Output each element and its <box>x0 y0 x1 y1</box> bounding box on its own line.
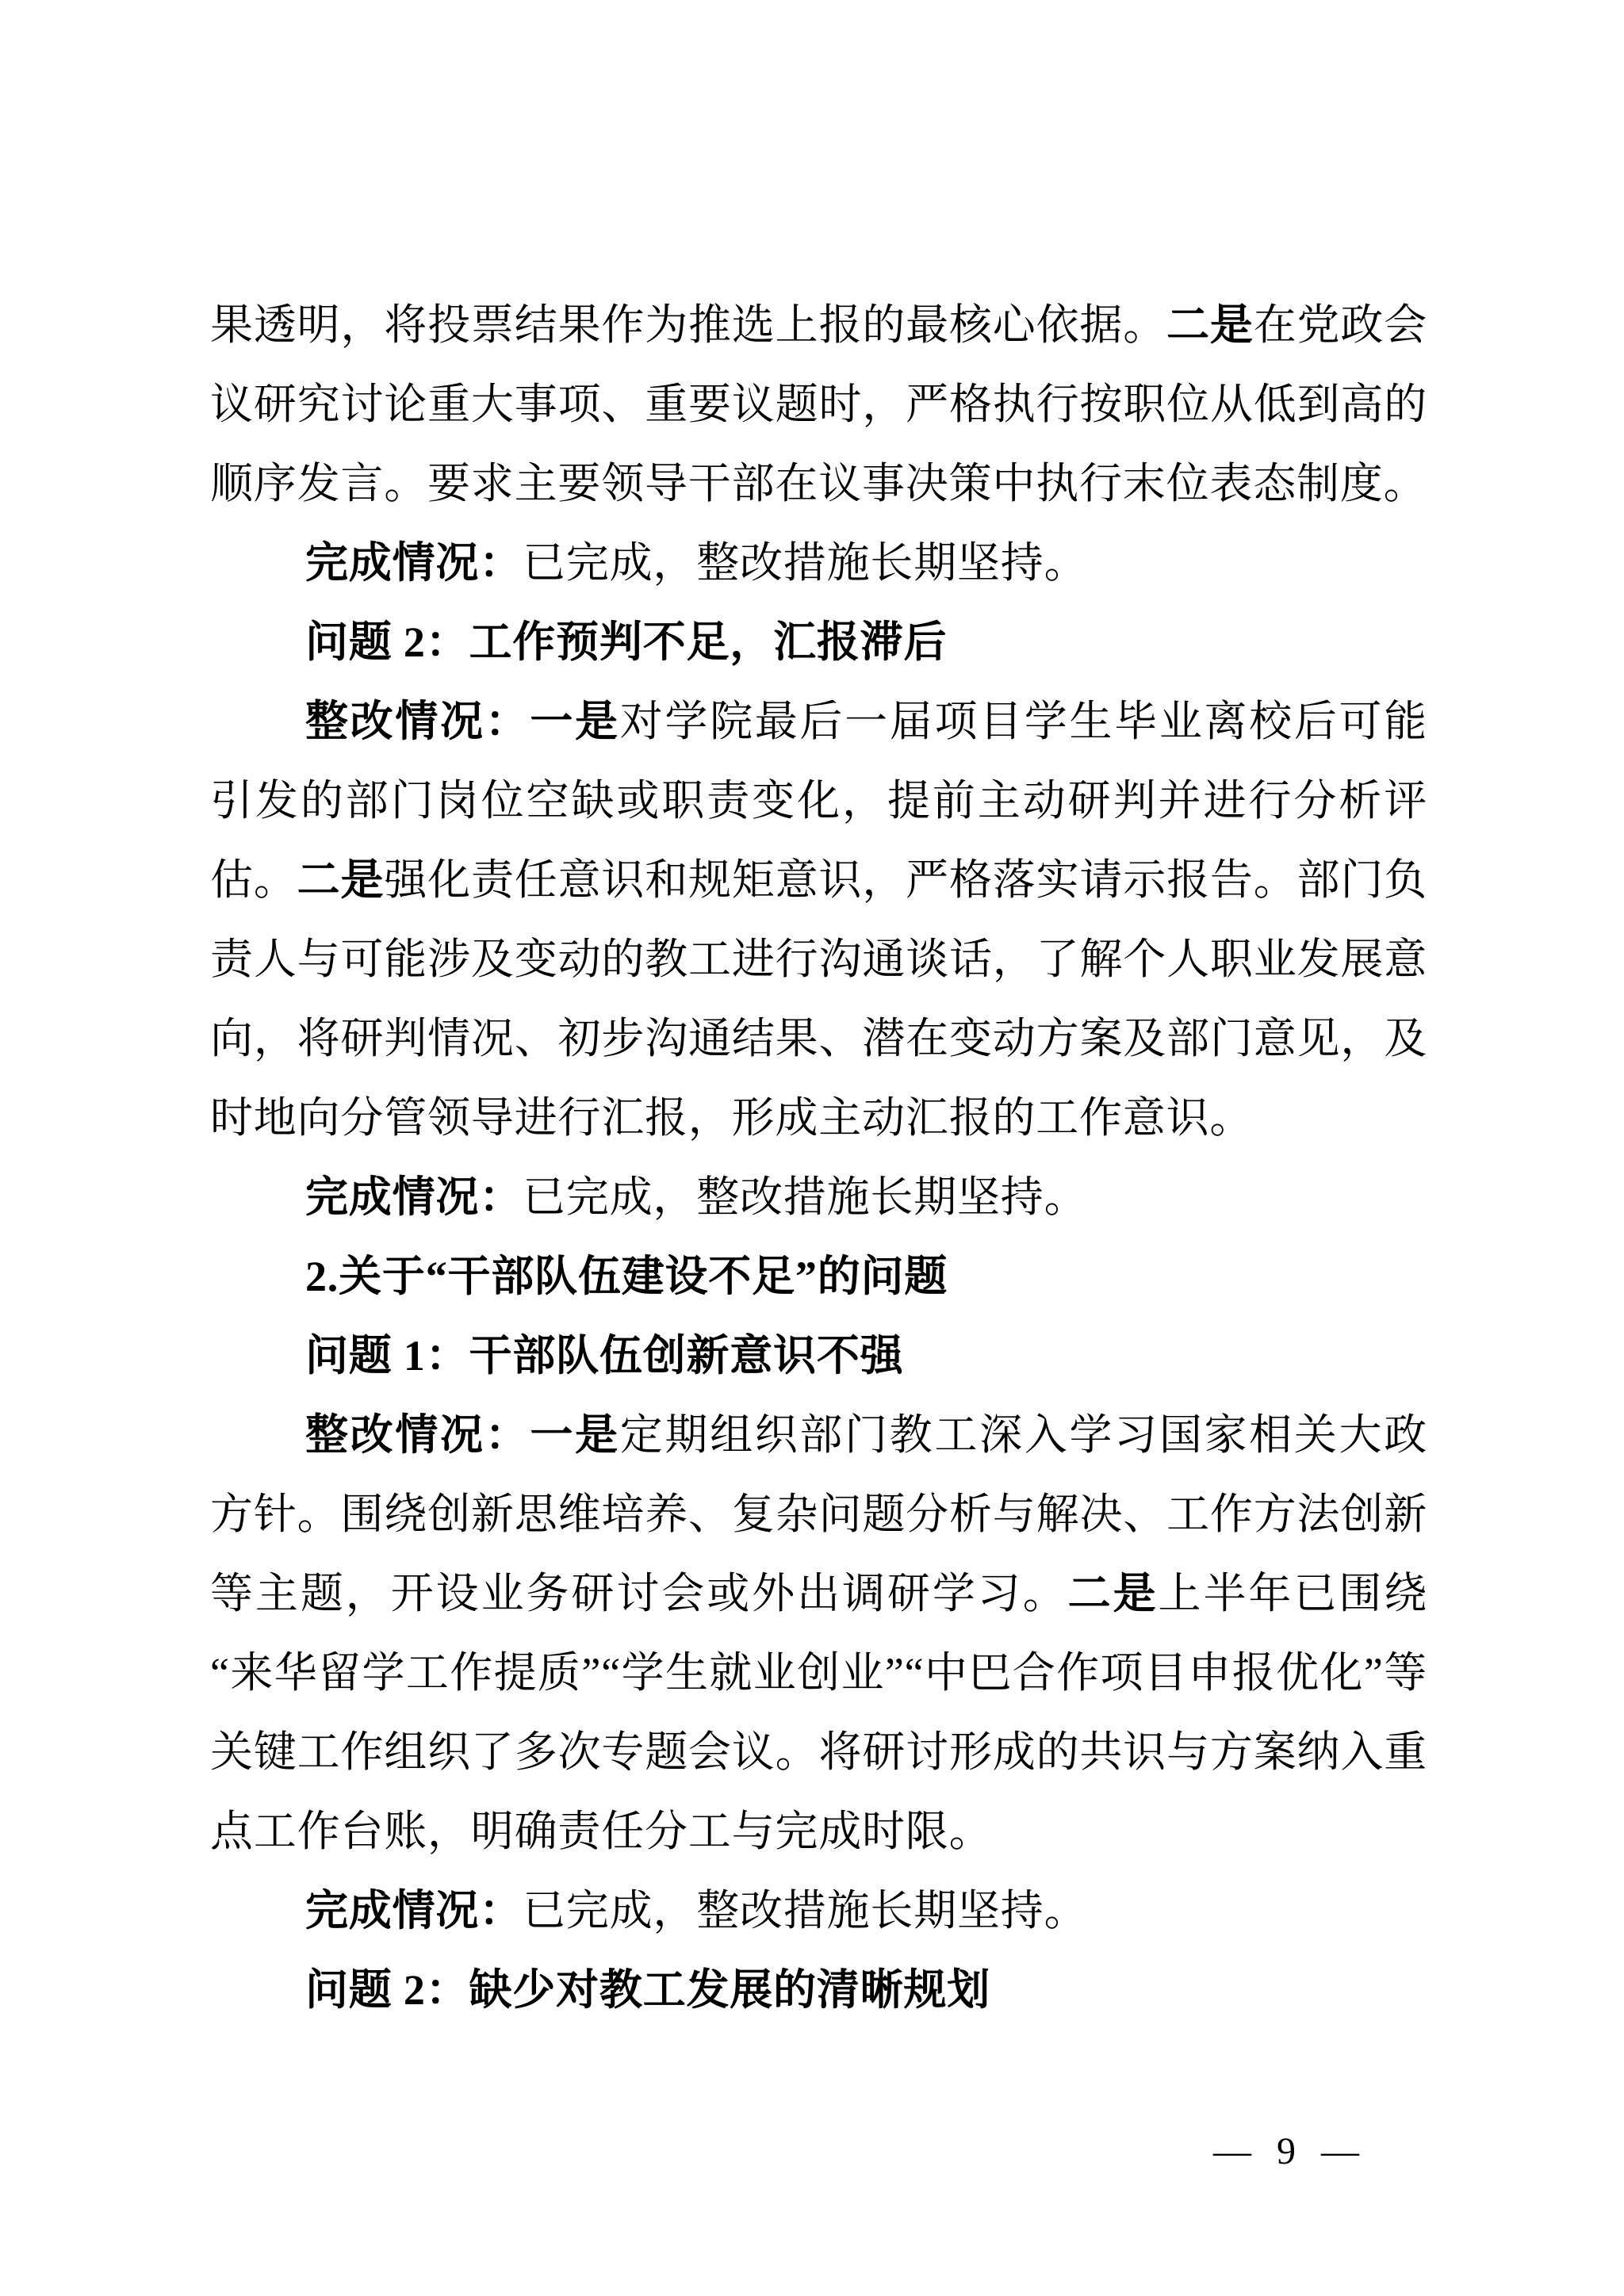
text-run-bold: 二是 <box>297 856 385 904</box>
text-run: 强化责任意识和规矩意识，严格落实请示报告。部门负责人与可能涉及变动的教工进行沟通… <box>210 856 1427 1142</box>
paragraph-section-heading: 2.关于“干部队伍建设不足”的问题 <box>210 1237 1427 1316</box>
completion-label: 完成情况： <box>305 1887 523 1934</box>
completion-label: 完成情况： <box>305 1173 523 1221</box>
rectification-label: 整改情况：一是 <box>305 698 620 745</box>
paragraph-problem-heading: 问题 1：干部队伍创新意识不强 <box>210 1316 1427 1395</box>
section-heading: 2.关于“干部队伍建设不足”的问题 <box>305 1253 948 1300</box>
text-run: 已完成，整改措施长期坚持。 <box>523 539 1087 587</box>
text-run: 已完成，整改措施长期坚持。 <box>523 1887 1087 1934</box>
text-run-bold: 二是 <box>1166 301 1254 349</box>
page-number: — 9 — <box>1213 2128 1361 2175</box>
paragraph-completion-status: 完成情况：已完成，整改措施长期坚持。 <box>210 1871 1427 1950</box>
paragraph-continuation: 果透明，将投票结果作为推选上报的最核心依据。二是在党政会议研究讨论重大事项、重要… <box>210 285 1427 523</box>
problem-heading: 问题 2：缺少对教工发展的清晰规划 <box>305 1966 990 2014</box>
problem-heading: 问题 2：工作预判不足，汇报滞后 <box>305 618 947 666</box>
paragraph-rectification: 整改情况：一是定期组织部门教工深入学习国家相关大政方针。围绕创新思维培养、复杂问… <box>210 1395 1427 1871</box>
paragraph-problem-heading: 问题 2：工作预判不足，汇报滞后 <box>210 603 1427 682</box>
paragraph-rectification: 整改情况：一是对学院最后一届项目学生毕业离校后可能引发的部门岗位空缺或职责变化，… <box>210 682 1427 1158</box>
rectification-label: 整改情况：一是 <box>305 1411 620 1459</box>
text-run: 已完成，整改措施长期坚持。 <box>523 1173 1087 1221</box>
text-run-bold: 二是 <box>1068 1570 1159 1617</box>
paragraph-problem-heading: 问题 2：缺少对教工发展的清晰规划 <box>210 1950 1427 2030</box>
problem-heading: 问题 1：干部队伍创新意识不强 <box>305 1332 904 1380</box>
paragraph-completion-status: 完成情况：已完成，整改措施长期坚持。 <box>210 1158 1427 1237</box>
text-run: 果透明，将投票结果作为推选上报的最核心依据。 <box>210 301 1166 349</box>
document-page: 果透明，将投票结果作为推选上报的最核心依据。二是在党政会议研究讨论重大事项、重要… <box>0 0 1624 2296</box>
completion-label: 完成情况： <box>305 539 523 587</box>
document-body-text: 果透明，将投票结果作为推选上报的最核心依据。二是在党政会议研究讨论重大事项、重要… <box>210 285 1427 2030</box>
paragraph-completion-status: 完成情况：已完成，整改措施长期坚持。 <box>210 523 1427 603</box>
